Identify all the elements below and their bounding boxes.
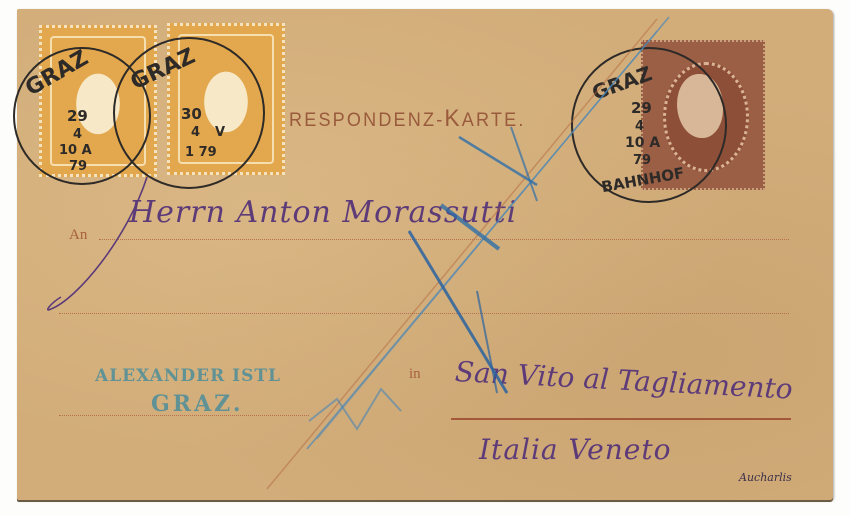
ink-strokes — [17, 9, 833, 500]
postcard: RESPONDENZ-KARTE. An in GRAZ 29 4 10 A 7… — [17, 9, 833, 500]
